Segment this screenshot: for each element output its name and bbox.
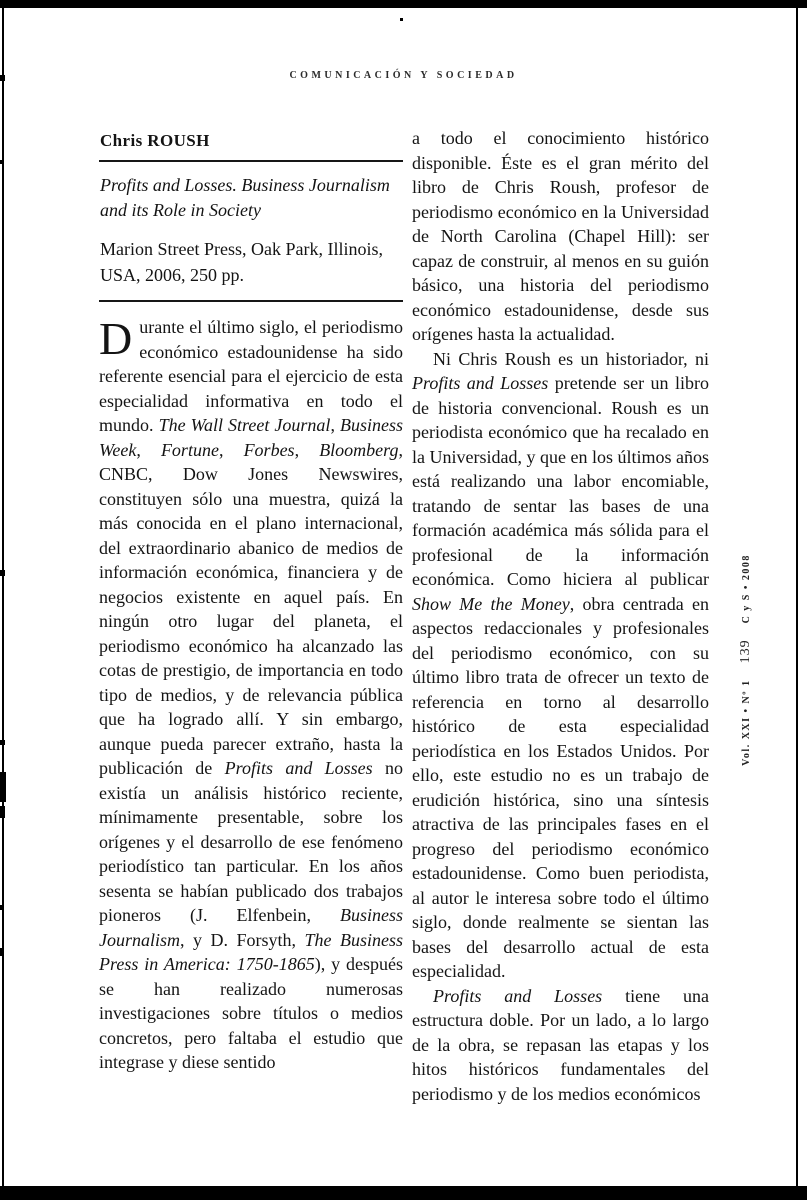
page-number: 139: [738, 639, 754, 663]
right-column: a todo el conocimiento histórico disponi…: [412, 126, 709, 1106]
journal-running-head: COMUNICACIÓN Y SOCIEDAD: [0, 70, 807, 81]
scan-edge-top: [0, 0, 807, 8]
scan-artifact: [0, 948, 4, 956]
paragraph-text: urante el último siglo, el periodismo ec…: [99, 317, 403, 1072]
scan-artifact: [0, 806, 5, 818]
scan-artifact: [400, 18, 403, 21]
review-paragraph: Profits and Losses tiene una estructura …: [412, 984, 709, 1107]
review-paragraph: Ni Chris Roush es un historiador, ni Pro…: [412, 347, 709, 984]
review-author: Chris ROUSH: [99, 131, 403, 160]
scanned-journal-page: COMUNICACIÓN Y SOCIEDAD Chris ROUSH Prof…: [0, 0, 807, 1200]
divider-rule: [99, 300, 403, 302]
scan-edge-left: [2, 8, 4, 1186]
sidebar-journal-year: C y S • 2008: [741, 554, 752, 623]
review-paragraph: a todo el conocimiento histórico disponi…: [412, 126, 709, 347]
journal-margin-strip: Vol. XXI • Nº 1 139 C y S • 2008: [738, 554, 754, 766]
divider-rule: [99, 160, 403, 162]
sidebar-volume: Vol. XXI • Nº 1: [741, 679, 752, 765]
scan-artifact: [0, 570, 5, 576]
scan-edge-right: [796, 8, 798, 1186]
scan-artifact: [0, 160, 4, 164]
dropcap-letter: D: [99, 315, 139, 359]
scan-artifact: [0, 905, 4, 910]
book-publisher: Marion Street Press, Oak Park, Illinois,…: [100, 236, 403, 288]
scan-artifact: [0, 772, 6, 802]
book-title: Profits and Losses. Business Journalism …: [100, 173, 403, 223]
review-paragraph: Durante el último siglo, el periodismo e…: [99, 315, 403, 1075]
left-column: Chris ROUSH Profits and Losses. Business…: [99, 131, 403, 1075]
scan-artifact: [0, 740, 5, 745]
scan-edge-bottom: [0, 1186, 807, 1200]
